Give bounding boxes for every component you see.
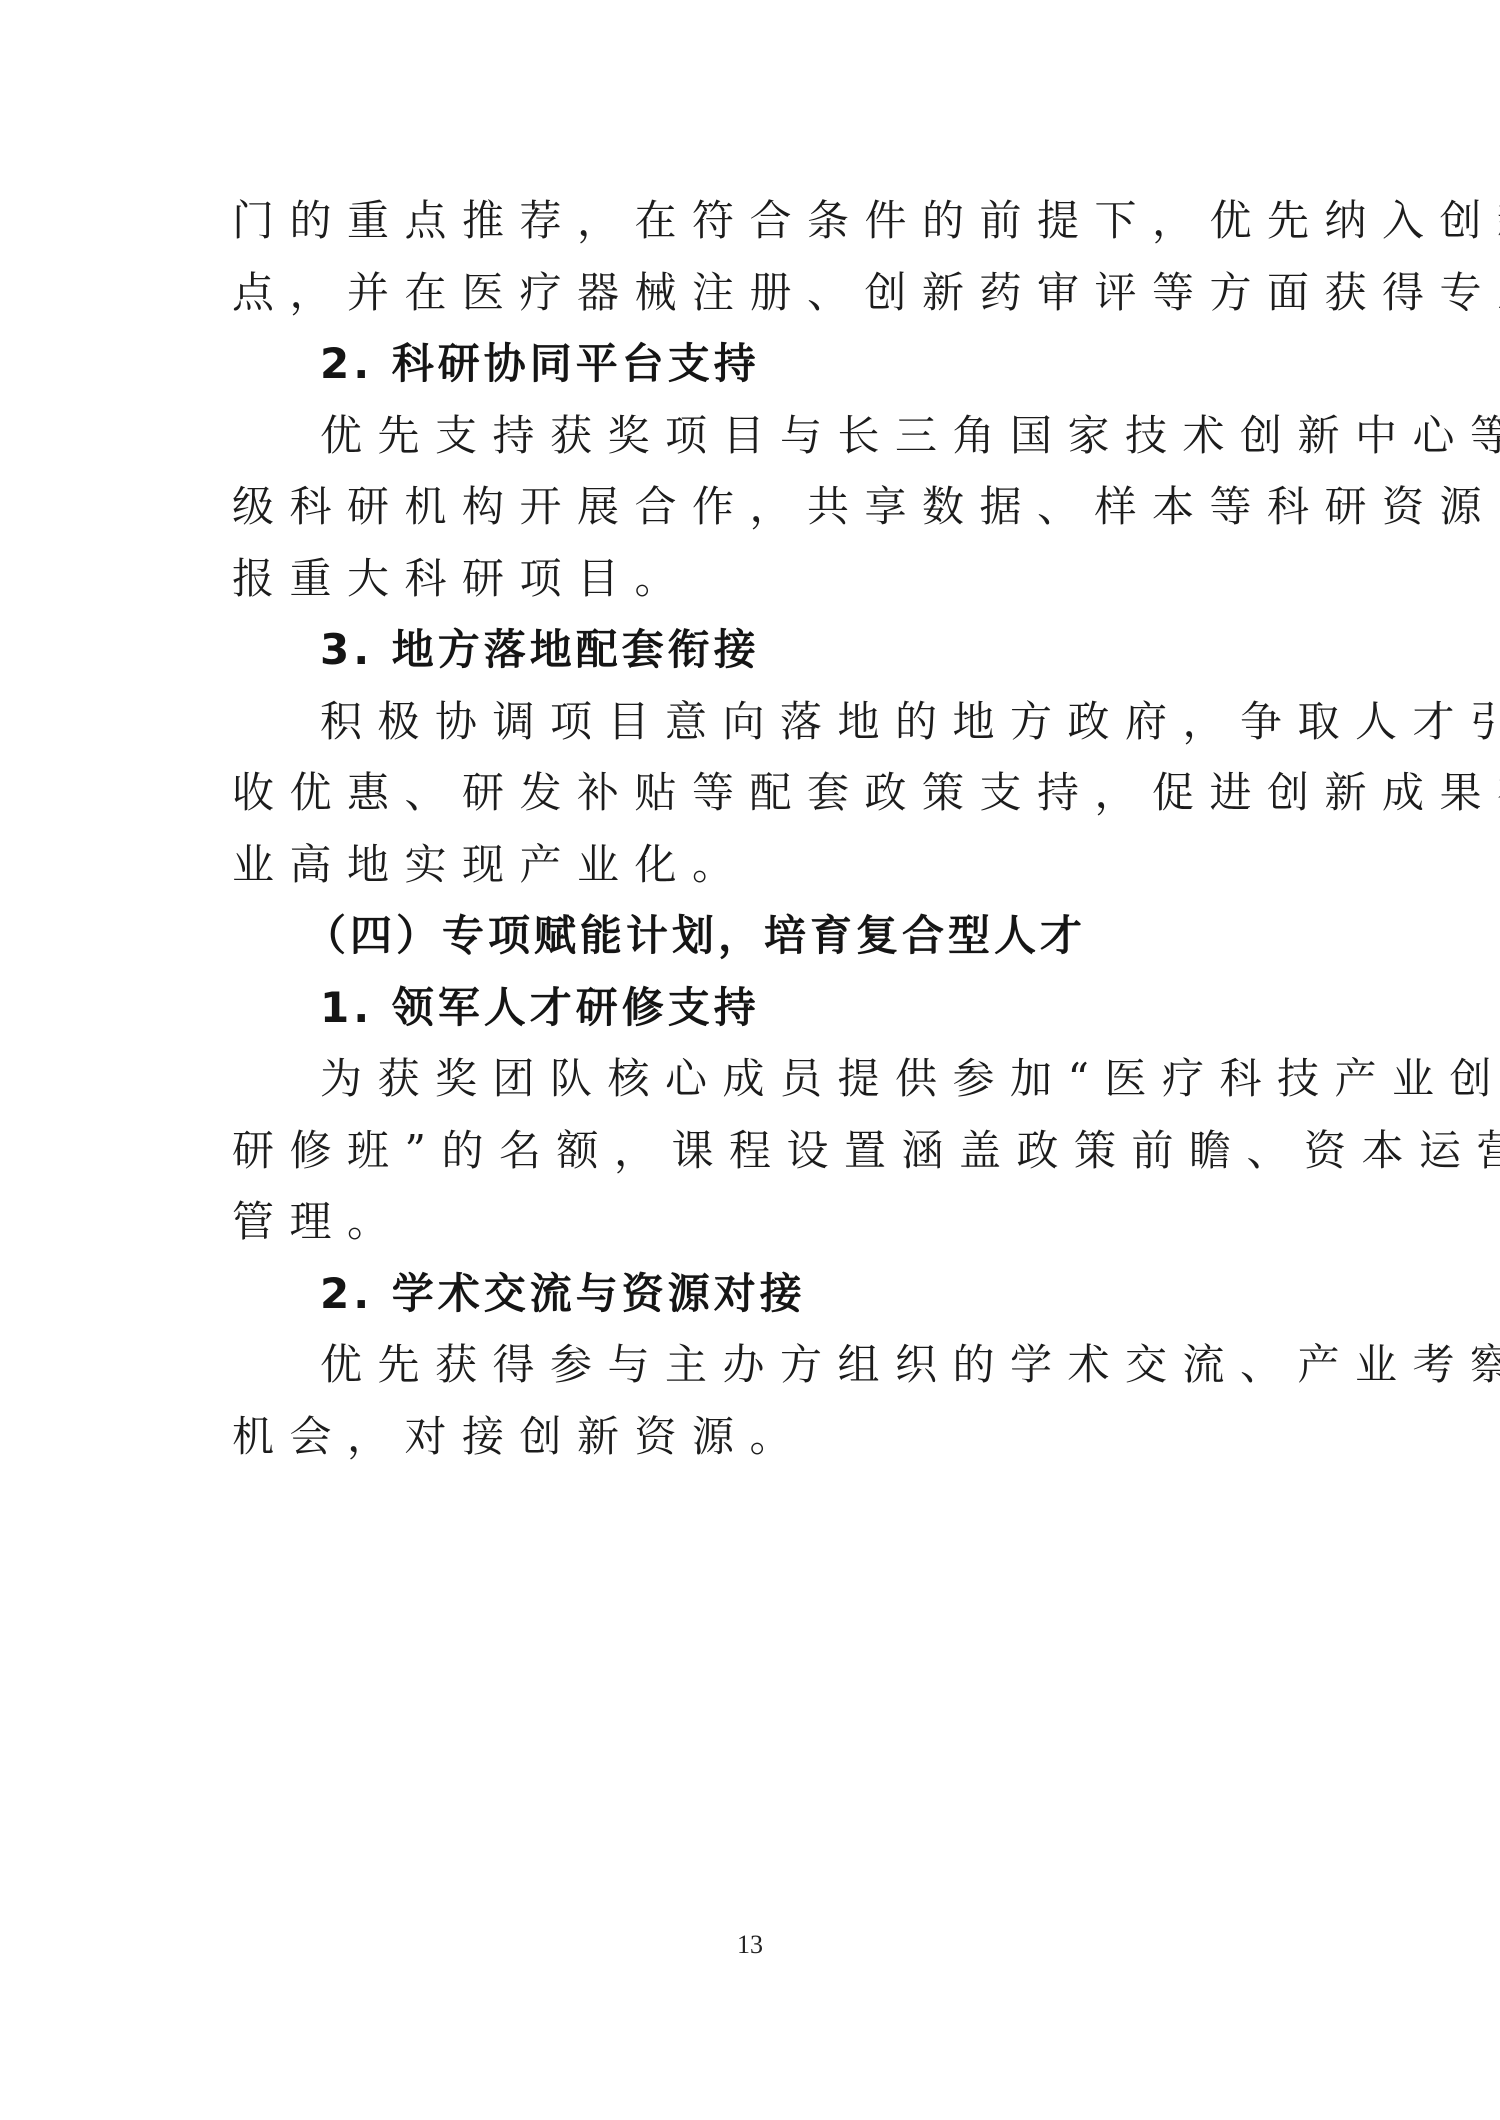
document-body: 门的重点推荐，在符合条件的前提下，优先纳入创新应用试 点，并在医疗器械注册、创新… [232, 185, 1272, 1472]
page-number: 13 [0, 1930, 1500, 1960]
subheading-academic-exchange: 2. 学术交流与资源对接 [232, 1258, 1272, 1330]
paragraph-line: 业高地实现产业化。 [232, 829, 1272, 901]
paragraph-line: 报重大科研项目。 [232, 543, 1272, 615]
document-page: 门的重点推荐，在符合条件的前提下，优先纳入创新应用试 点，并在医疗器械注册、创新… [0, 0, 1500, 2120]
paragraph-line: 点，并在医疗器械注册、创新药审评等方面获得专业指导。 [232, 257, 1272, 329]
subheading-local-support: 3. 地方落地配套衔接 [232, 614, 1272, 686]
paragraph-line: 优先支持获奖项目与长三角国家技术创新中心等国家 [232, 400, 1272, 472]
paragraph-line: 研修班”的名额，课程设置涵盖政策前瞻、资本运营与战略 [232, 1115, 1272, 1187]
subheading-leader-training: 1. 领军人才研修支持 [232, 972, 1272, 1044]
paragraph-line: 收优惠、研发补贴等配套政策支持，促进创新成果在区域产 [232, 757, 1272, 829]
paragraph-line: 门的重点推荐，在符合条件的前提下，优先纳入创新应用试 [232, 185, 1272, 257]
paragraph-line: 优先获得参与主办方组织的学术交流、产业考察活动的 [232, 1329, 1272, 1401]
paragraph-line: 级科研机构开展合作，共享数据、样本等科研资源，联合申 [232, 471, 1272, 543]
paragraph-line: 管理。 [232, 1186, 1272, 1258]
paragraph-line: 积极协调项目意向落地的地方政府，争取人才引进、税 [232, 686, 1272, 758]
subheading-research-platform: 2. 科研协同平台支持 [232, 328, 1272, 400]
paragraph-line: 机会，对接创新资源。 [232, 1401, 1272, 1473]
paragraph-line: 为获奖团队核心成员提供参加“医疗科技产业创新人才 [232, 1043, 1272, 1115]
section-heading-talent: （四）专项赋能计划，培育复合型人才 [232, 900, 1272, 972]
